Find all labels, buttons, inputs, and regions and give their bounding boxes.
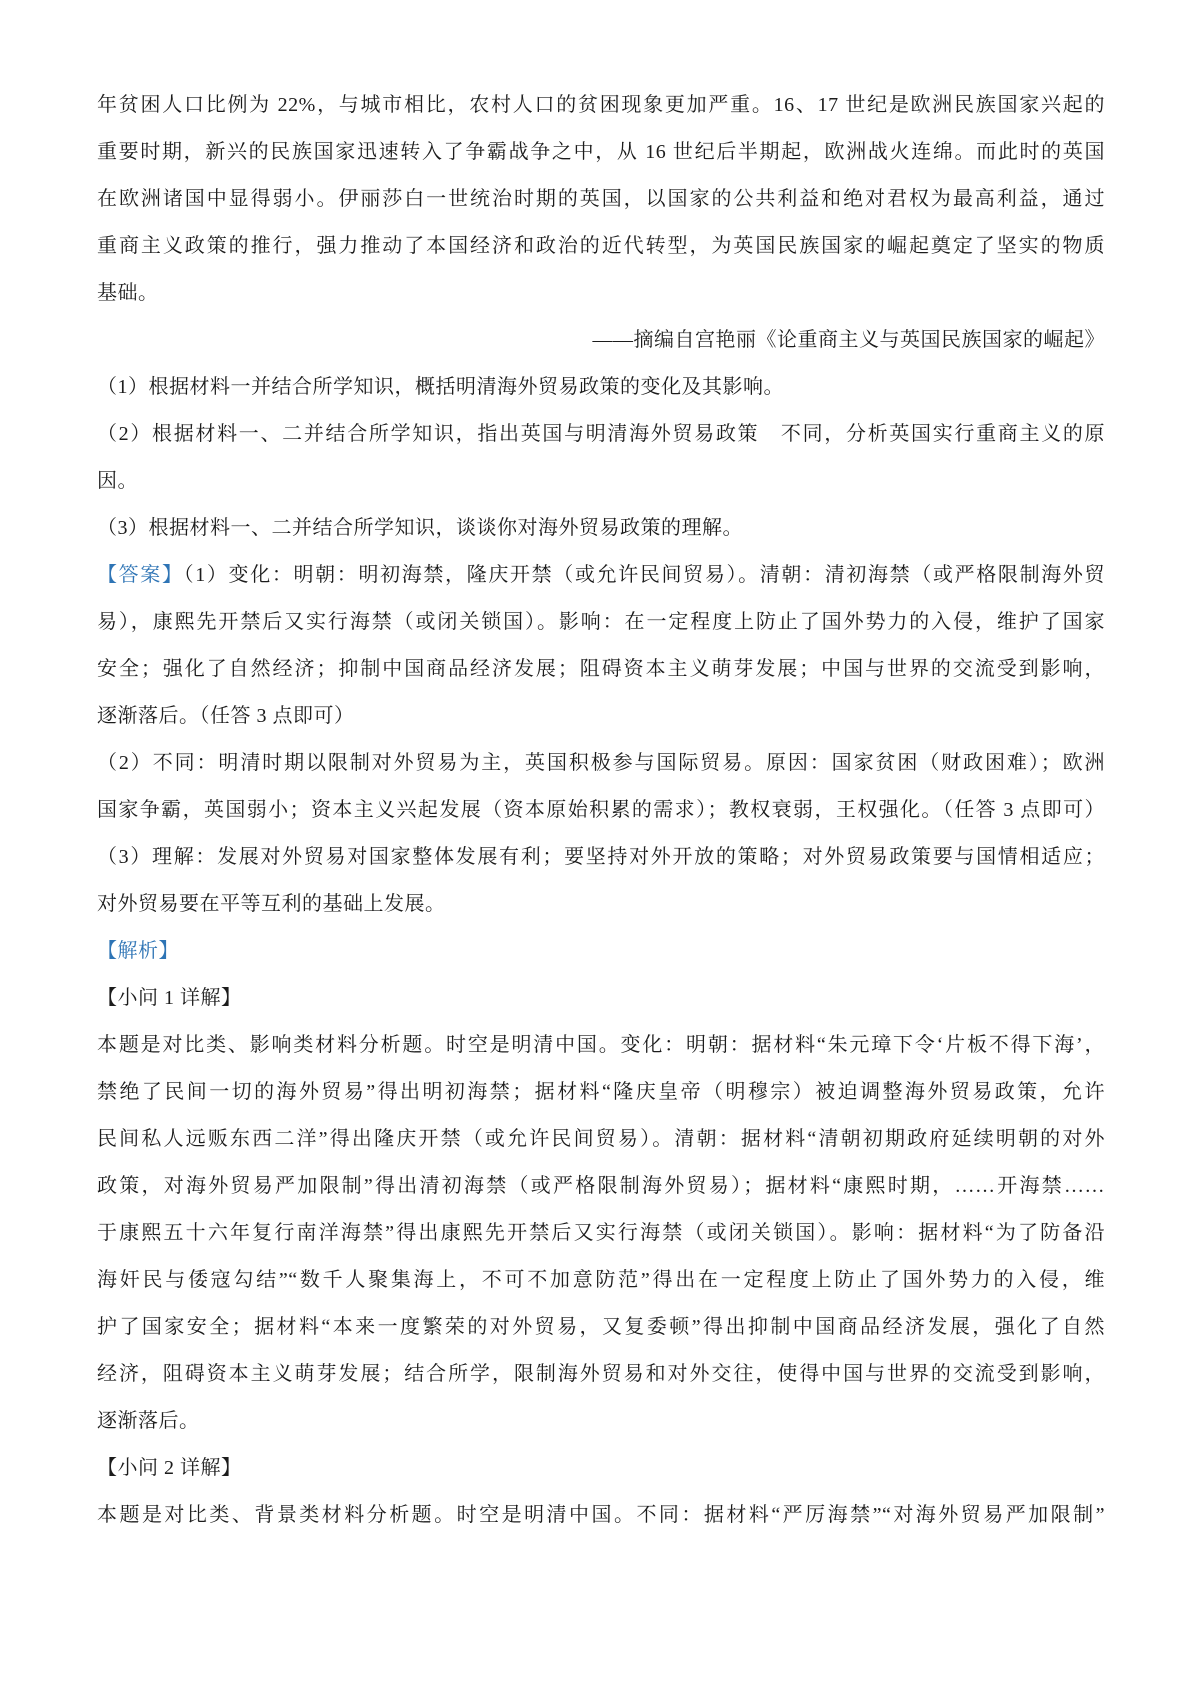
question-3-segment: （3）根据材料一、二并结合所学知识，谈谈你对海外贸易政策的理解。 — [97, 517, 743, 539]
material-text-line-segment: 重商主义政策的推行，强力推动了本国经济和政治的近代转型，为英国民族国家的崛起奠定… — [97, 235, 1105, 257]
document-body: 年贫困人口比例为 22%，与城市相比，农村人口的贫困现象更加严重。16、17 世… — [97, 82, 1105, 1539]
document-page: 年贫困人口比例为 22%，与城市相比，农村人口的贫困现象更加严重。16、17 世… — [0, 0, 1200, 1698]
question-3: （3）根据材料一、二并结合所学知识，谈谈你对海外贸易政策的理解。 — [97, 505, 1105, 552]
analysis-text-line: 民间私人远贩东西二洋”得出隆庆开禁（或允许民间贸易）。清朝：据材料“清朝初期政府… — [97, 1116, 1105, 1163]
answer-line: 对外贸易要在平等互利的基础上发展。 — [97, 881, 1105, 928]
analysis-text-line: 于康熙五十六年复行南洋海禁”得出康熙先开禁后又实行海禁（或闭关锁国）。影响：据材… — [97, 1210, 1105, 1257]
answer-line-segment: （2）不同：明清时期以限制对外贸易为主，英国积极参与国际贸易。原因：国家贫困（财… — [97, 752, 1105, 774]
analysis-text-line: 经济，阻碍资本主义萌芽发展；结合所学，限制海外贸易和对外交往，使得中国与世界的交… — [97, 1351, 1105, 1398]
answer-line: 易），康熙先开禁后又实行海禁（或闭关锁国）。影响：在一定程度上防止了国外势力的入… — [97, 599, 1105, 646]
analysis-text-line-segment: 禁绝了民间一切的海外贸易”得出明初海禁；据材料“隆庆皇帝（明穆宗）被迫调整海外贸… — [97, 1081, 1105, 1103]
analysis-text-line: 禁绝了民间一切的海外贸易”得出明初海禁；据材料“隆庆皇帝（明穆宗）被迫调整海外贸… — [97, 1069, 1105, 1116]
source-attribution: ——摘编自宫艳丽《论重商主义与英国民族国家的崛起》 — [97, 317, 1105, 364]
analysis-text-line: 政策，对海外贸易严加限制”得出清初海禁（或严格限制海外贸易）；据材料“康熙时期，… — [97, 1163, 1105, 1210]
material-text-line: 年贫困人口比例为 22%，与城市相比，农村人口的贫困现象更加严重。16、17 世… — [97, 82, 1105, 129]
material-text-line-segment: 重要时期，新兴的民族国家迅速转入了争霸战争之中，从 16 世纪后半期起，欧洲战火… — [97, 141, 1105, 163]
analysis-text-line-segment: 本题是对比类、影响类材料分析题。时空是明清中国。变化：明朝：据材料“朱元璋下令‘… — [97, 1034, 1105, 1056]
material-text-line: 基础。 — [97, 270, 1105, 317]
question-2-segment: （2）根据材料一、二并结合所学知识，指出英国与明清海外贸易政策 不同，分析英国实… — [97, 423, 1105, 445]
answer-line-segment: 对外贸易要在平等互利的基础上发展。 — [97, 893, 446, 915]
subquestion-1-heading: 【小问 1 详解】 — [97, 975, 1105, 1022]
analysis-text-line: 本题是对比类、影响类材料分析题。时空是明清中国。变化：明朝：据材料“朱元璋下令‘… — [97, 1022, 1105, 1069]
material-text-line: 在欧洲诸国中显得弱小。伊丽莎白一世统治时期的英国，以国家的公共利益和绝对君权为最… — [97, 176, 1105, 223]
analysis-text-line-segment: 逐渐落后。 — [97, 1410, 200, 1432]
analysis-text-line-segment: 海奸民与倭寇勾结”“数千人聚集海上，不可不加意防范”得出在一定程度上防止了国外势… — [97, 1269, 1105, 1291]
analysis-heading-segment: 【解析】 — [97, 940, 179, 962]
answer-line: 【答案】（1）变化：明朝：明初海禁，隆庆开禁（或允许民间贸易）。清朝：清初海禁（… — [97, 552, 1105, 599]
analysis-text-line: 海奸民与倭寇勾结”“数千人聚集海上，不可不加意防范”得出在一定程度上防止了国外势… — [97, 1257, 1105, 1304]
subquestion-2-heading: 【小问 2 详解】 — [97, 1445, 1105, 1492]
answer-line-segment: 【答案】 — [97, 564, 184, 586]
analysis-text-line-segment: 本题是对比类、背景类材料分析题。时空是明清中国。不同：据材料“严厉海禁”“对海外… — [97, 1504, 1105, 1526]
answer-line-segment: 国家争霸，英国弱小；资本主义兴起发展（资本原始积累的需求）；教权衰弱，王权强化。… — [97, 799, 1105, 821]
answer-line: 安全；强化了自然经济；抑制中国商品经济发展；阻碍资本主义萌芽发展；中国与世界的交… — [97, 646, 1105, 693]
analysis-text-line-segment: 民间私人远贩东西二洋”得出隆庆开禁（或允许民间贸易）。清朝：据材料“清朝初期政府… — [97, 1128, 1105, 1150]
analysis-text-line-segment: 护了国家安全；据材料“本来一度繁荣的对外贸易，又复委顿”得出抑制中国商品经济发展… — [97, 1316, 1105, 1338]
answer-line-segment: 易），康熙先开禁后又实行海禁（或闭关锁国）。影响：在一定程度上防止了国外势力的入… — [97, 611, 1105, 633]
answer-line: 逐渐落后。（任答 3 点即可） — [97, 693, 1105, 740]
answer-line-segment: 逐渐落后。（任答 3 点即可） — [97, 705, 355, 727]
analysis-text-line: 逐渐落后。 — [97, 1398, 1105, 1445]
answer-line: （2）不同：明清时期以限制对外贸易为主，英国积极参与国际贸易。原因：国家贫困（财… — [97, 740, 1105, 787]
question-1-segment: （1）根据材料一并结合所学知识，概括明清海外贸易政策的变化及其影响。 — [97, 376, 784, 398]
answer-line-segment: （3）理解：发展对外贸易对国家整体发展有利；要坚持对外开放的策略；对外贸易政策要… — [97, 846, 1105, 868]
analysis-text-line: 本题是对比类、背景类材料分析题。时空是明清中国。不同：据材料“严厉海禁”“对海外… — [97, 1492, 1105, 1539]
answer-line-segment: 安全；强化了自然经济；抑制中国商品经济发展；阻碍资本主义萌芽发展；中国与世界的交… — [97, 658, 1105, 680]
analysis-heading: 【解析】 — [97, 928, 1105, 975]
subquestion-1-heading-segment: 【小问 1 详解】 — [97, 987, 242, 1009]
material-text-line-segment: 年贫困人口比例为 22%，与城市相比，农村人口的贫困现象更加严重。16、17 世… — [97, 94, 1105, 116]
analysis-text-line-segment: 政策，对海外贸易严加限制”得出清初海禁（或严格限制海外贸易）；据材料“康熙时期，… — [97, 1175, 1105, 1197]
subquestion-2-heading-segment: 【小问 2 详解】 — [97, 1457, 242, 1479]
material-text-line: 重要时期，新兴的民族国家迅速转入了争霸战争之中，从 16 世纪后半期起，欧洲战火… — [97, 129, 1105, 176]
answer-line-segment: （1）变化：明朝：明初海禁，隆庆开禁（或允许民间贸易）。清朝：清初海禁（或严格限… — [184, 564, 1105, 586]
analysis-text-line-segment: 于康熙五十六年复行南洋海禁”得出康熙先开禁后又实行海禁（或闭关锁国）。影响：据材… — [97, 1222, 1105, 1244]
question-2-continued-segment: 因。 — [97, 470, 138, 492]
material-text-line: 重商主义政策的推行，强力推动了本国经济和政治的近代转型，为英国民族国家的崛起奠定… — [97, 223, 1105, 270]
question-1: （1）根据材料一并结合所学知识，概括明清海外贸易政策的变化及其影响。 — [97, 364, 1105, 411]
material-text-line-segment: 在欧洲诸国中显得弱小。伊丽莎白一世统治时期的英国，以国家的公共利益和绝对君权为最… — [97, 188, 1105, 210]
analysis-text-line: 护了国家安全；据材料“本来一度繁荣的对外贸易，又复委顿”得出抑制中国商品经济发展… — [97, 1304, 1105, 1351]
answer-line: 国家争霸，英国弱小；资本主义兴起发展（资本原始积累的需求）；教权衰弱，王权强化。… — [97, 787, 1105, 834]
question-2: （2）根据材料一、二并结合所学知识，指出英国与明清海外贸易政策 不同，分析英国实… — [97, 411, 1105, 458]
answer-line: （3）理解：发展对外贸易对国家整体发展有利；要坚持对外开放的策略；对外贸易政策要… — [97, 834, 1105, 881]
question-2-continued: 因。 — [97, 458, 1105, 505]
analysis-text-line-segment: 经济，阻碍资本主义萌芽发展；结合所学，限制海外贸易和对外交往，使得中国与世界的交… — [97, 1363, 1105, 1385]
material-text-line-segment: 基础。 — [97, 282, 159, 304]
source-attribution-segment: ——摘编自宫艳丽《论重商主义与英国民族国家的崛起》 — [593, 329, 1106, 351]
